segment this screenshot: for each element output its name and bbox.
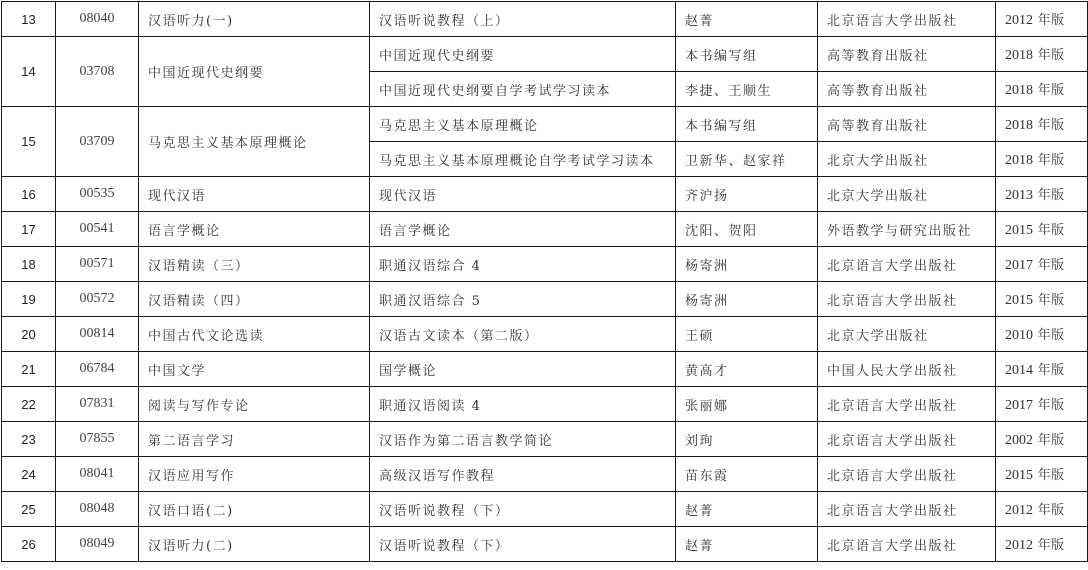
year-number: 2014 xyxy=(1005,363,1033,378)
course-code: 00572 xyxy=(56,282,139,317)
textbook-edition-year: 2002 年版 xyxy=(996,422,1088,457)
year-number: 2015 xyxy=(1005,293,1033,308)
table-row: 1403708中国近现代史纲要中国近现代史纲要本书编写组高等教育出版社2018 … xyxy=(2,37,1088,72)
table-row: 1800571汉语精读（三）职通汉语综合 4杨寄洲北京语言大学出版社2017 年… xyxy=(2,247,1088,282)
year-suffix: 年版 xyxy=(1038,118,1065,133)
year-number: 2018 xyxy=(1005,118,1033,133)
course-name: 阅读与写作专论 xyxy=(139,387,370,422)
table-body: 1308040汉语听力(一)汉语听说教程（上）赵菁北京语言大学出版社2012 年… xyxy=(2,2,1088,562)
year-suffix: 年版 xyxy=(1038,363,1065,378)
course-name: 中国近现代史纲要 xyxy=(139,37,370,107)
textbook-author: 本书编写组 xyxy=(676,37,818,72)
course-code: 00535 xyxy=(56,177,139,212)
year-suffix: 年版 xyxy=(1038,328,1065,343)
course-code: 00571 xyxy=(56,247,139,282)
textbook-edition-year: 2012 年版 xyxy=(996,492,1088,527)
course-code: 07831 xyxy=(56,387,139,422)
textbook-publisher: 外语教学与研究出版社 xyxy=(818,212,996,247)
textbook-edition-year: 2018 年版 xyxy=(996,37,1088,72)
row-number: 21 xyxy=(2,352,56,387)
textbook-edition-year: 2017 年版 xyxy=(996,247,1088,282)
year-suffix: 年版 xyxy=(1038,398,1065,413)
year-number: 2002 xyxy=(1005,433,1033,448)
row-number: 14 xyxy=(2,37,56,107)
year-number: 2015 xyxy=(1005,468,1033,483)
course-name: 汉语应用写作 xyxy=(139,457,370,492)
year-number: 2012 xyxy=(1005,503,1033,518)
year-number: 2012 xyxy=(1005,13,1033,28)
course-name: 汉语听力(二) xyxy=(139,527,370,562)
course-name: 中国文学 xyxy=(139,352,370,387)
year-number: 2013 xyxy=(1005,188,1033,203)
course-code: 00814 xyxy=(56,317,139,352)
textbook-publisher: 北京语言大学出版社 xyxy=(818,492,996,527)
textbook-title: 汉语古文读本（第二版） xyxy=(370,317,676,352)
course-code: 07855 xyxy=(56,422,139,457)
row-number: 17 xyxy=(2,212,56,247)
row-number: 23 xyxy=(2,422,56,457)
textbook-edition-year: 2012 年版 xyxy=(996,2,1088,37)
textbook-publisher: 高等教育出版社 xyxy=(818,72,996,107)
table-row: 1600535现代汉语现代汉语齐沪扬北京大学出版社2013 年版 xyxy=(2,177,1088,212)
textbook-title: 马克思主义基本原理概论 xyxy=(370,107,676,142)
textbook-title: 马克思主义基本原理概论自学考试学习读本 xyxy=(370,142,676,177)
course-code: 03709 xyxy=(56,107,139,177)
table-row: 2408041汉语应用写作高级汉语写作教程苗东霞北京语言大学出版社2015 年版 xyxy=(2,457,1088,492)
textbook-author: 苗东霞 xyxy=(676,457,818,492)
textbook-author: 刘珣 xyxy=(676,422,818,457)
table-row: 2000814中国古代文论选读汉语古文读本（第二版）王硕北京大学出版社2010 … xyxy=(2,317,1088,352)
year-suffix: 年版 xyxy=(1038,223,1065,238)
course-code: 08041 xyxy=(56,457,139,492)
textbook-publisher: 北京语言大学出版社 xyxy=(818,527,996,562)
year-suffix: 年版 xyxy=(1038,468,1065,483)
table-row: 1308040汉语听力(一)汉语听说教程（上）赵菁北京语言大学出版社2012 年… xyxy=(2,2,1088,37)
course-code: 03708 xyxy=(56,37,139,107)
textbook-title: 汉语听说教程（下） xyxy=(370,492,676,527)
textbook-title: 汉语听说教程（上） xyxy=(370,2,676,37)
table-row: 2307855第二语言学习汉语作为第二语言教学简论刘珣北京语言大学出版社2002… xyxy=(2,422,1088,457)
course-name: 马克思主义基本原理概论 xyxy=(139,107,370,177)
row-number: 25 xyxy=(2,492,56,527)
textbook-edition-year: 2013 年版 xyxy=(996,177,1088,212)
textbook-title: 高级汉语写作教程 xyxy=(370,457,676,492)
textbook-author: 赵菁 xyxy=(676,492,818,527)
course-code: 08048 xyxy=(56,492,139,527)
textbook-edition-year: 2018 年版 xyxy=(996,142,1088,177)
course-code: 08040 xyxy=(56,2,139,37)
row-number: 24 xyxy=(2,457,56,492)
textbook-publisher: 高等教育出版社 xyxy=(818,107,996,142)
textbook-title: 中国近现代史纲要 xyxy=(370,37,676,72)
textbook-edition-year: 2010 年版 xyxy=(996,317,1088,352)
course-name: 汉语口语(二) xyxy=(139,492,370,527)
textbook-publisher: 北京语言大学出版社 xyxy=(818,247,996,282)
textbook-author: 王硕 xyxy=(676,317,818,352)
course-name: 汉语精读（四） xyxy=(139,282,370,317)
textbook-author: 黄高才 xyxy=(676,352,818,387)
year-suffix: 年版 xyxy=(1038,258,1065,273)
year-suffix: 年版 xyxy=(1038,83,1065,98)
row-number: 13 xyxy=(2,2,56,37)
course-name: 语言学概论 xyxy=(139,212,370,247)
table-row: 2508048汉语口语(二)汉语听说教程（下）赵菁北京语言大学出版社2012 年… xyxy=(2,492,1088,527)
textbook-edition-year: 2014 年版 xyxy=(996,352,1088,387)
textbook-title: 语言学概论 xyxy=(370,212,676,247)
year-suffix: 年版 xyxy=(1038,188,1065,203)
year-number: 2010 xyxy=(1005,328,1033,343)
year-suffix: 年版 xyxy=(1038,13,1065,28)
year-number: 2018 xyxy=(1005,153,1033,168)
textbook-author: 赵菁 xyxy=(676,2,818,37)
table-row: 1700541语言学概论语言学概论沈阳、贺阳外语教学与研究出版社2015 年版 xyxy=(2,212,1088,247)
course-code: 08049 xyxy=(56,527,139,562)
year-suffix: 年版 xyxy=(1038,503,1065,518)
textbook-publisher: 北京语言大学出版社 xyxy=(818,282,996,317)
textbook-title: 职通汉语阅读 4 xyxy=(370,387,676,422)
textbook-table: 1308040汉语听力(一)汉语听说教程（上）赵菁北京语言大学出版社2012 年… xyxy=(1,1,1088,562)
textbook-edition-year: 2015 年版 xyxy=(996,282,1088,317)
textbook-publisher: 北京大学出版社 xyxy=(818,142,996,177)
textbook-title: 国学概论 xyxy=(370,352,676,387)
row-number: 22 xyxy=(2,387,56,422)
table-row: 2207831阅读与写作专论职通汉语阅读 4张丽娜北京语言大学出版社2017 年… xyxy=(2,387,1088,422)
table-row: 1503709马克思主义基本原理概论马克思主义基本原理概论本书编写组高等教育出版… xyxy=(2,107,1088,142)
year-number: 2012 xyxy=(1005,538,1033,553)
textbook-publisher: 中国人民大学出版社 xyxy=(818,352,996,387)
textbook-author: 张丽娜 xyxy=(676,387,818,422)
course-name: 汉语听力(一) xyxy=(139,2,370,37)
textbook-edition-year: 2015 年版 xyxy=(996,457,1088,492)
textbook-title: 汉语听说教程（下） xyxy=(370,527,676,562)
textbook-author: 卫新华、赵家祥 xyxy=(676,142,818,177)
year-number: 2017 xyxy=(1005,398,1033,413)
textbook-title: 职通汉语综合 5 xyxy=(370,282,676,317)
textbook-title: 现代汉语 xyxy=(370,177,676,212)
year-number: 2018 xyxy=(1005,83,1033,98)
year-suffix: 年版 xyxy=(1038,293,1065,308)
row-number: 18 xyxy=(2,247,56,282)
textbook-publisher: 北京语言大学出版社 xyxy=(818,422,996,457)
course-name: 汉语精读（三） xyxy=(139,247,370,282)
row-number: 20 xyxy=(2,317,56,352)
course-code: 06784 xyxy=(56,352,139,387)
textbook-author: 杨寄洲 xyxy=(676,247,818,282)
textbook-publisher: 北京语言大学出版社 xyxy=(818,2,996,37)
textbook-edition-year: 2012 年版 xyxy=(996,527,1088,562)
textbook-title: 职通汉语综合 4 xyxy=(370,247,676,282)
textbook-author: 赵菁 xyxy=(676,527,818,562)
textbook-author: 李捷、王顺生 xyxy=(676,72,818,107)
year-suffix: 年版 xyxy=(1038,48,1065,63)
textbook-edition-year: 2015 年版 xyxy=(996,212,1088,247)
textbook-title: 汉语作为第二语言教学简论 xyxy=(370,422,676,457)
textbook-title: 中国近现代史纲要自学考试学习读本 xyxy=(370,72,676,107)
table-row: 2106784中国文学国学概论黄高才中国人民大学出版社2014 年版 xyxy=(2,352,1088,387)
year-suffix: 年版 xyxy=(1038,153,1065,168)
textbook-author: 沈阳、贺阳 xyxy=(676,212,818,247)
textbook-publisher: 北京大学出版社 xyxy=(818,177,996,212)
textbook-author: 齐沪扬 xyxy=(676,177,818,212)
textbook-edition-year: 2017 年版 xyxy=(996,387,1088,422)
row-number: 16 xyxy=(2,177,56,212)
year-number: 2018 xyxy=(1005,48,1033,63)
course-code: 00541 xyxy=(56,212,139,247)
textbook-edition-year: 2018 年版 xyxy=(996,107,1088,142)
year-suffix: 年版 xyxy=(1038,433,1065,448)
row-number: 19 xyxy=(2,282,56,317)
row-number: 15 xyxy=(2,107,56,177)
year-number: 2015 xyxy=(1005,223,1033,238)
textbook-author: 杨寄洲 xyxy=(676,282,818,317)
textbook-edition-year: 2018 年版 xyxy=(996,72,1088,107)
table-row: 1900572汉语精读（四）职通汉语综合 5杨寄洲北京语言大学出版社2015 年… xyxy=(2,282,1088,317)
course-name: 第二语言学习 xyxy=(139,422,370,457)
year-number: 2017 xyxy=(1005,258,1033,273)
textbook-author: 本书编写组 xyxy=(676,107,818,142)
course-name: 现代汉语 xyxy=(139,177,370,212)
textbook-publisher: 北京语言大学出版社 xyxy=(818,457,996,492)
textbook-publisher: 高等教育出版社 xyxy=(818,37,996,72)
table-row: 2608049汉语听力(二)汉语听说教程（下）赵菁北京语言大学出版社2012 年… xyxy=(2,527,1088,562)
textbook-publisher: 北京大学出版社 xyxy=(818,317,996,352)
textbook-publisher: 北京语言大学出版社 xyxy=(818,387,996,422)
course-name: 中国古代文论选读 xyxy=(139,317,370,352)
row-number: 26 xyxy=(2,527,56,562)
year-suffix: 年版 xyxy=(1038,538,1065,553)
